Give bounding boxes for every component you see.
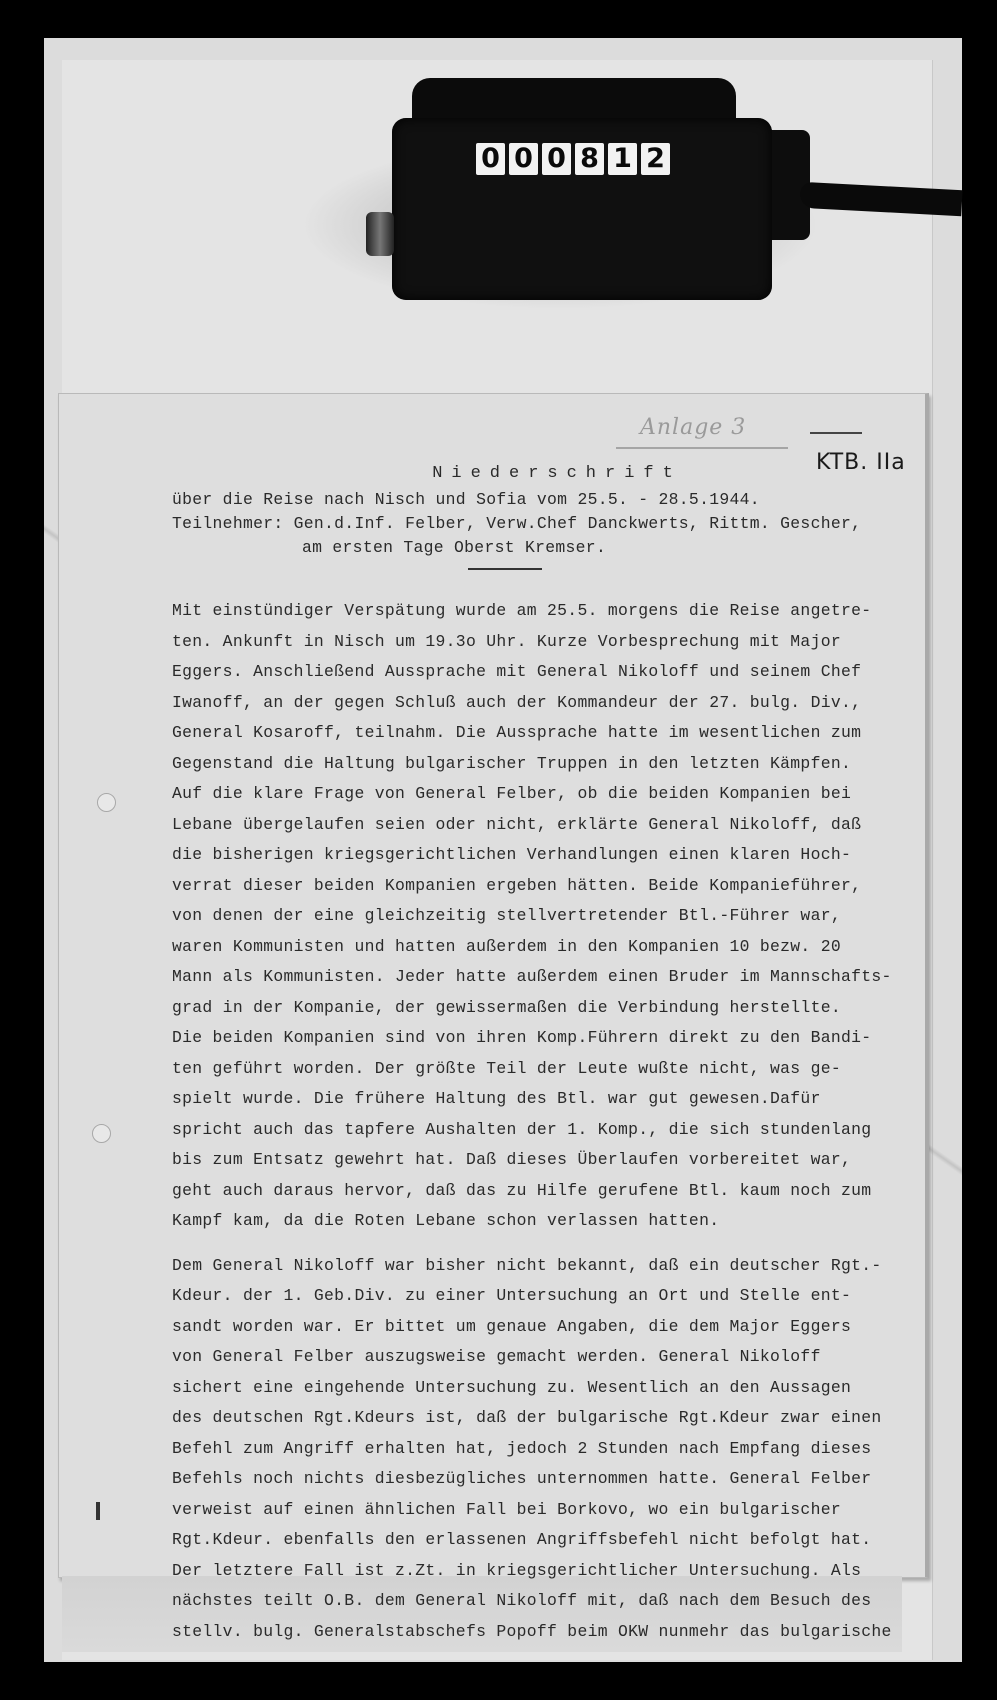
counter-clip bbox=[366, 212, 394, 256]
document-title: Niederschrift bbox=[212, 462, 902, 488]
text-line: Die beiden Kompanien sind von ihren Komp… bbox=[172, 1023, 902, 1054]
text-line: Mit einstündiger Verspätung wurde am 25.… bbox=[172, 596, 902, 627]
text-line: General Kosaroff, teilnahm. Die Aussprac… bbox=[172, 718, 902, 749]
frame-digit: 1 bbox=[608, 143, 637, 175]
frame-number: 0 0 0 8 1 2 bbox=[476, 143, 670, 175]
text-line: Mann als Kommunisten. Jeder hatte außerd… bbox=[172, 962, 902, 993]
punch-hole bbox=[97, 793, 116, 812]
participants-line: am ersten Tage Oberst Kremser. bbox=[172, 536, 902, 560]
text-line: ten. Ankunft in Nisch um 19.3o Uhr. Kurz… bbox=[172, 627, 902, 658]
text-line: spricht auch das tapfere Aushalten der 1… bbox=[172, 1115, 902, 1146]
text-line: Der letztere Fall ist z.Zt. in kriegsger… bbox=[172, 1556, 902, 1587]
frame-digit: 0 bbox=[476, 143, 505, 175]
text-line: von General Felber auszugsweise gemacht … bbox=[172, 1342, 902, 1373]
text-line: grad in der Kompanie, der gewissermaßen … bbox=[172, 993, 902, 1024]
text-line: Rgt.Kdeur. ebenfalls den erlassenen Angr… bbox=[172, 1525, 902, 1556]
text-line: Kdeur. der 1. Geb.Div. zu einer Untersuc… bbox=[172, 1281, 902, 1312]
title-separator bbox=[468, 568, 542, 570]
frame-digit: 0 bbox=[509, 143, 538, 175]
paragraph: Mit einstündiger Verspätung wurde am 25.… bbox=[172, 596, 902, 1237]
document-subtitle: über die Reise nach Nisch und Sofia vom … bbox=[172, 488, 902, 512]
paragraph: Dem General Nikoloff war bisher nicht be… bbox=[172, 1251, 902, 1648]
punch-hole bbox=[92, 1124, 111, 1143]
text-line: nächstes teilt O.B. dem General Nikoloff… bbox=[172, 1586, 902, 1617]
frame-digit: 8 bbox=[575, 143, 604, 175]
text-line: bis zum Entsatz gewehrt hat. Daß dieses … bbox=[172, 1145, 902, 1176]
text-line: Lebane übergelaufen seien oder nicht, er… bbox=[172, 810, 902, 841]
text-line: die bisherigen kriegsgerichtlichen Verha… bbox=[172, 840, 902, 871]
participants-line: Teilnehmer: Gen.d.Inf. Felber, Verw.Chef… bbox=[172, 512, 902, 536]
text-line: waren Kommunisten und hatten außerdem in… bbox=[172, 932, 902, 963]
text-line: Auf die klare Frage von General Felber, … bbox=[172, 779, 902, 810]
text-line: Dem General Nikoloff war bisher nicht be… bbox=[172, 1251, 902, 1282]
text-line: sichert eine eingehende Untersuchung zu.… bbox=[172, 1373, 902, 1404]
text-line: Befehl zum Angriff erhalten hat, jedoch … bbox=[172, 1434, 902, 1465]
text-line: Iwanoff, an der gegen Schluß auch der Ko… bbox=[172, 688, 902, 719]
staple-mark bbox=[96, 1502, 100, 1520]
handwritten-anlage-note: Anlage 3 bbox=[640, 415, 746, 440]
text-line: Kampf kam, da die Roten Lebane schon ver… bbox=[172, 1206, 902, 1237]
anlage-underline bbox=[616, 447, 788, 449]
text-line: verrat dieser beiden Kompanien ergeben h… bbox=[172, 871, 902, 902]
text-line: Eggers. Anschließend Aussprache mit Gene… bbox=[172, 657, 902, 688]
text-line: verweist auf einen ähnlichen Fall bei Bo… bbox=[172, 1495, 902, 1526]
typewritten-report: Niederschrift über die Reise nach Nisch … bbox=[172, 462, 902, 1661]
frame-digit: 2 bbox=[641, 143, 670, 175]
frame-digit: 0 bbox=[542, 143, 571, 175]
text-line: geht auch daraus hervor, daß das zu Hilf… bbox=[172, 1176, 902, 1207]
text-line: Gegenstand die Haltung bulgarischer Trup… bbox=[172, 749, 902, 780]
text-line: ten geführt worden. Der größte Teil der … bbox=[172, 1054, 902, 1085]
text-line: sandt worden war. Er bittet um genaue An… bbox=[172, 1312, 902, 1343]
text-line: spielt wurde. Die frühere Haltung des Bt… bbox=[172, 1084, 902, 1115]
text-line: des deutschen Rgt.Kdeurs ist, daß der bu… bbox=[172, 1403, 902, 1434]
struck-annotation bbox=[810, 432, 862, 434]
text-line: Befehls noch nichts diesbezügliches unte… bbox=[172, 1464, 902, 1495]
text-line: stellv. bulg. Generalstabschefs Popoff b… bbox=[172, 1617, 902, 1648]
text-line: von denen der eine gleichzeitig stellver… bbox=[172, 901, 902, 932]
